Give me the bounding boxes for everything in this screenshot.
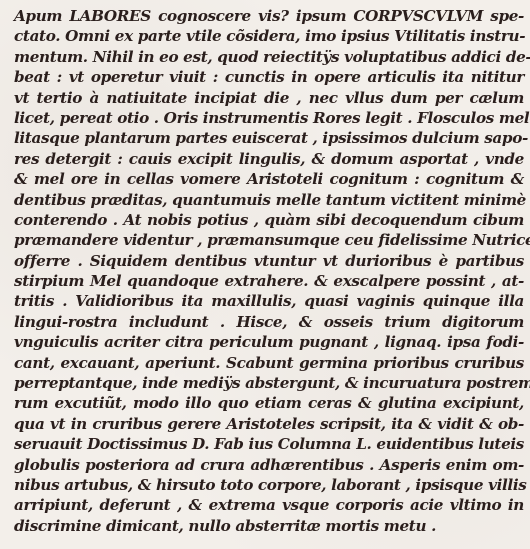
text-line-7: litasque plantarum partes euiscerat , ip… (14, 128, 524, 148)
text-line-8: res detergit : cauis excipit lingulis, &… (14, 149, 524, 169)
text-line-17: vnguiculis acriter citra periculum pugna… (14, 332, 524, 352)
text-line-11: conterendo . At nobis potius , quàm sibi… (14, 210, 524, 230)
text-line-2: ctato. Omni ex parte vtile cõsidera, imo… (14, 26, 524, 46)
text-line-14: stirpium Mel quandoque extrahere. & exsc… (14, 271, 524, 291)
text-line-4: beat : vt operetur viuit : cunctis in op… (14, 67, 524, 87)
text-line-23: globulis posteriora ad crura adhærentibu… (14, 455, 524, 475)
text-line-24: nibus artubus, & hirsuto toto corpore, l… (14, 475, 524, 495)
text-line-1: Apum LABORES cognoscere vis? ipsum CORPV… (14, 6, 524, 26)
text-line-5: vt tertio à natiuitate incipiat die , ne… (14, 88, 524, 108)
text-line-10: dentibus præditas, quantumuis melle tant… (14, 190, 524, 210)
text-line-18: cant, excauant, aperiunt. Scabunt germin… (14, 353, 524, 373)
text-line-25: arripiunt, deferunt , & extrema vsque co… (14, 495, 524, 515)
text-line-12: præmandere videntur , præmansumque ceu f… (14, 230, 524, 250)
text-line-16: lingui-rostra includunt . Hisce, & ossei… (14, 312, 524, 332)
document-page: Apum LABORES cognoscere vis? ipsum CORPV… (0, 0, 530, 549)
text-line-13: offerre . Siquidem dentibus vtuntur vt d… (14, 251, 524, 271)
latin-text-paragraph: Apum LABORES cognoscere vis? ipsum CORPV… (14, 6, 524, 536)
text-line-3: mentum. Nihil in eo est, quod reiectitÿs… (14, 47, 524, 67)
text-line-21: qua vt in cruribus gerere Aristoteles sc… (14, 414, 524, 434)
text-line-9: & mel ore in cellas vomere Aristoteli co… (14, 169, 524, 189)
text-line-15: tritis . Validioribus ita maxillulis, qu… (14, 291, 524, 311)
text-line-6: licet, pereat otio . Oris instrumentis R… (14, 108, 524, 128)
text-line-19: perreptantque, inde mediÿs abstergunt, &… (14, 373, 524, 393)
text-line-26: discrimine dimicant, nullo absterritæ mo… (14, 516, 524, 536)
text-line-22: seruauit Doctissimus D. Fab ius Columna … (14, 434, 524, 454)
text-line-20: rum excutiũt, modo illo quo etiam ceras … (14, 393, 524, 413)
